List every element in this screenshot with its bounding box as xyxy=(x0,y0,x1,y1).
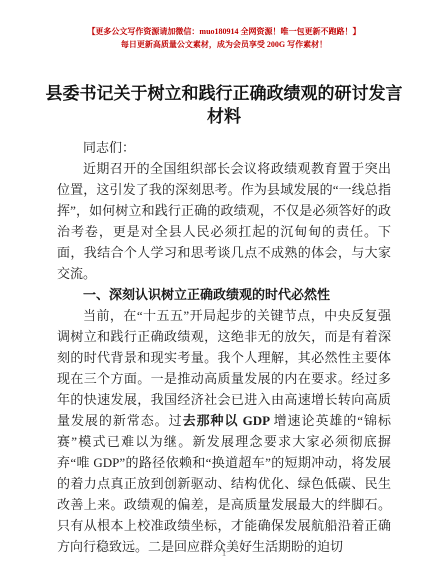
emphasized-text: 去那种以 GDP xyxy=(183,413,274,428)
page-number: 1 xyxy=(0,548,448,559)
document-title: 县委书记关于树立和践行正确政绩观的研讨发言材料 xyxy=(44,82,404,128)
ad-header-line-2: 每日更新高质量公文素材，成为会员享受 200G 写作素材！ xyxy=(0,38,448,51)
document-body: 同志们：近期召开的全国组织部长会议将政绩观教育置于突出位置，这引发了我的深刻思考… xyxy=(57,137,391,557)
ad-header-line-1: 【更多公文写作资源请加微信：muo180914 全网资源！唯一包更新不跑路！】 xyxy=(0,25,448,38)
body-text: 近期召开的全国组织部长会议将政绩观教育置于突出位置，这引发了我的深刻思考。作为县… xyxy=(57,161,391,281)
paragraph: 近期召开的全国组织部长会议将政绩观教育置于突出位置，这引发了我的深刻思考。作为县… xyxy=(57,158,391,284)
emphasized-text: 一、深刻认识树立正确政绩观的时代必然性 xyxy=(83,287,330,302)
paragraph: 同志们： xyxy=(57,137,391,158)
body-text: 当前，在“十五五”开局起步的关键节点，中央反复强调树立和践行正确政绩观，这绝非无… xyxy=(57,308,391,428)
ad-header: 【更多公文写作资源请加微信：muo180914 全网资源！唯一包更新不跑路！】 … xyxy=(0,0,448,51)
document-page: 【更多公文写作资源请加微信：muo180914 全网资源！唯一包更新不跑路！】 … xyxy=(0,0,448,580)
paragraph: 当前，在“十五五”开局起步的关键节点，中央反复强调树立和践行正确政绩观，这绝非无… xyxy=(57,305,391,557)
section-heading: 一、深刻认识树立正确政绩观的时代必然性 xyxy=(57,284,391,305)
body-text: 同志们： xyxy=(83,140,135,155)
body-text: 增速论英雄的“锦标赛”模式已难以为继。新发展理念要求大家必须彻底摒弃“唯 GDP… xyxy=(57,413,391,554)
